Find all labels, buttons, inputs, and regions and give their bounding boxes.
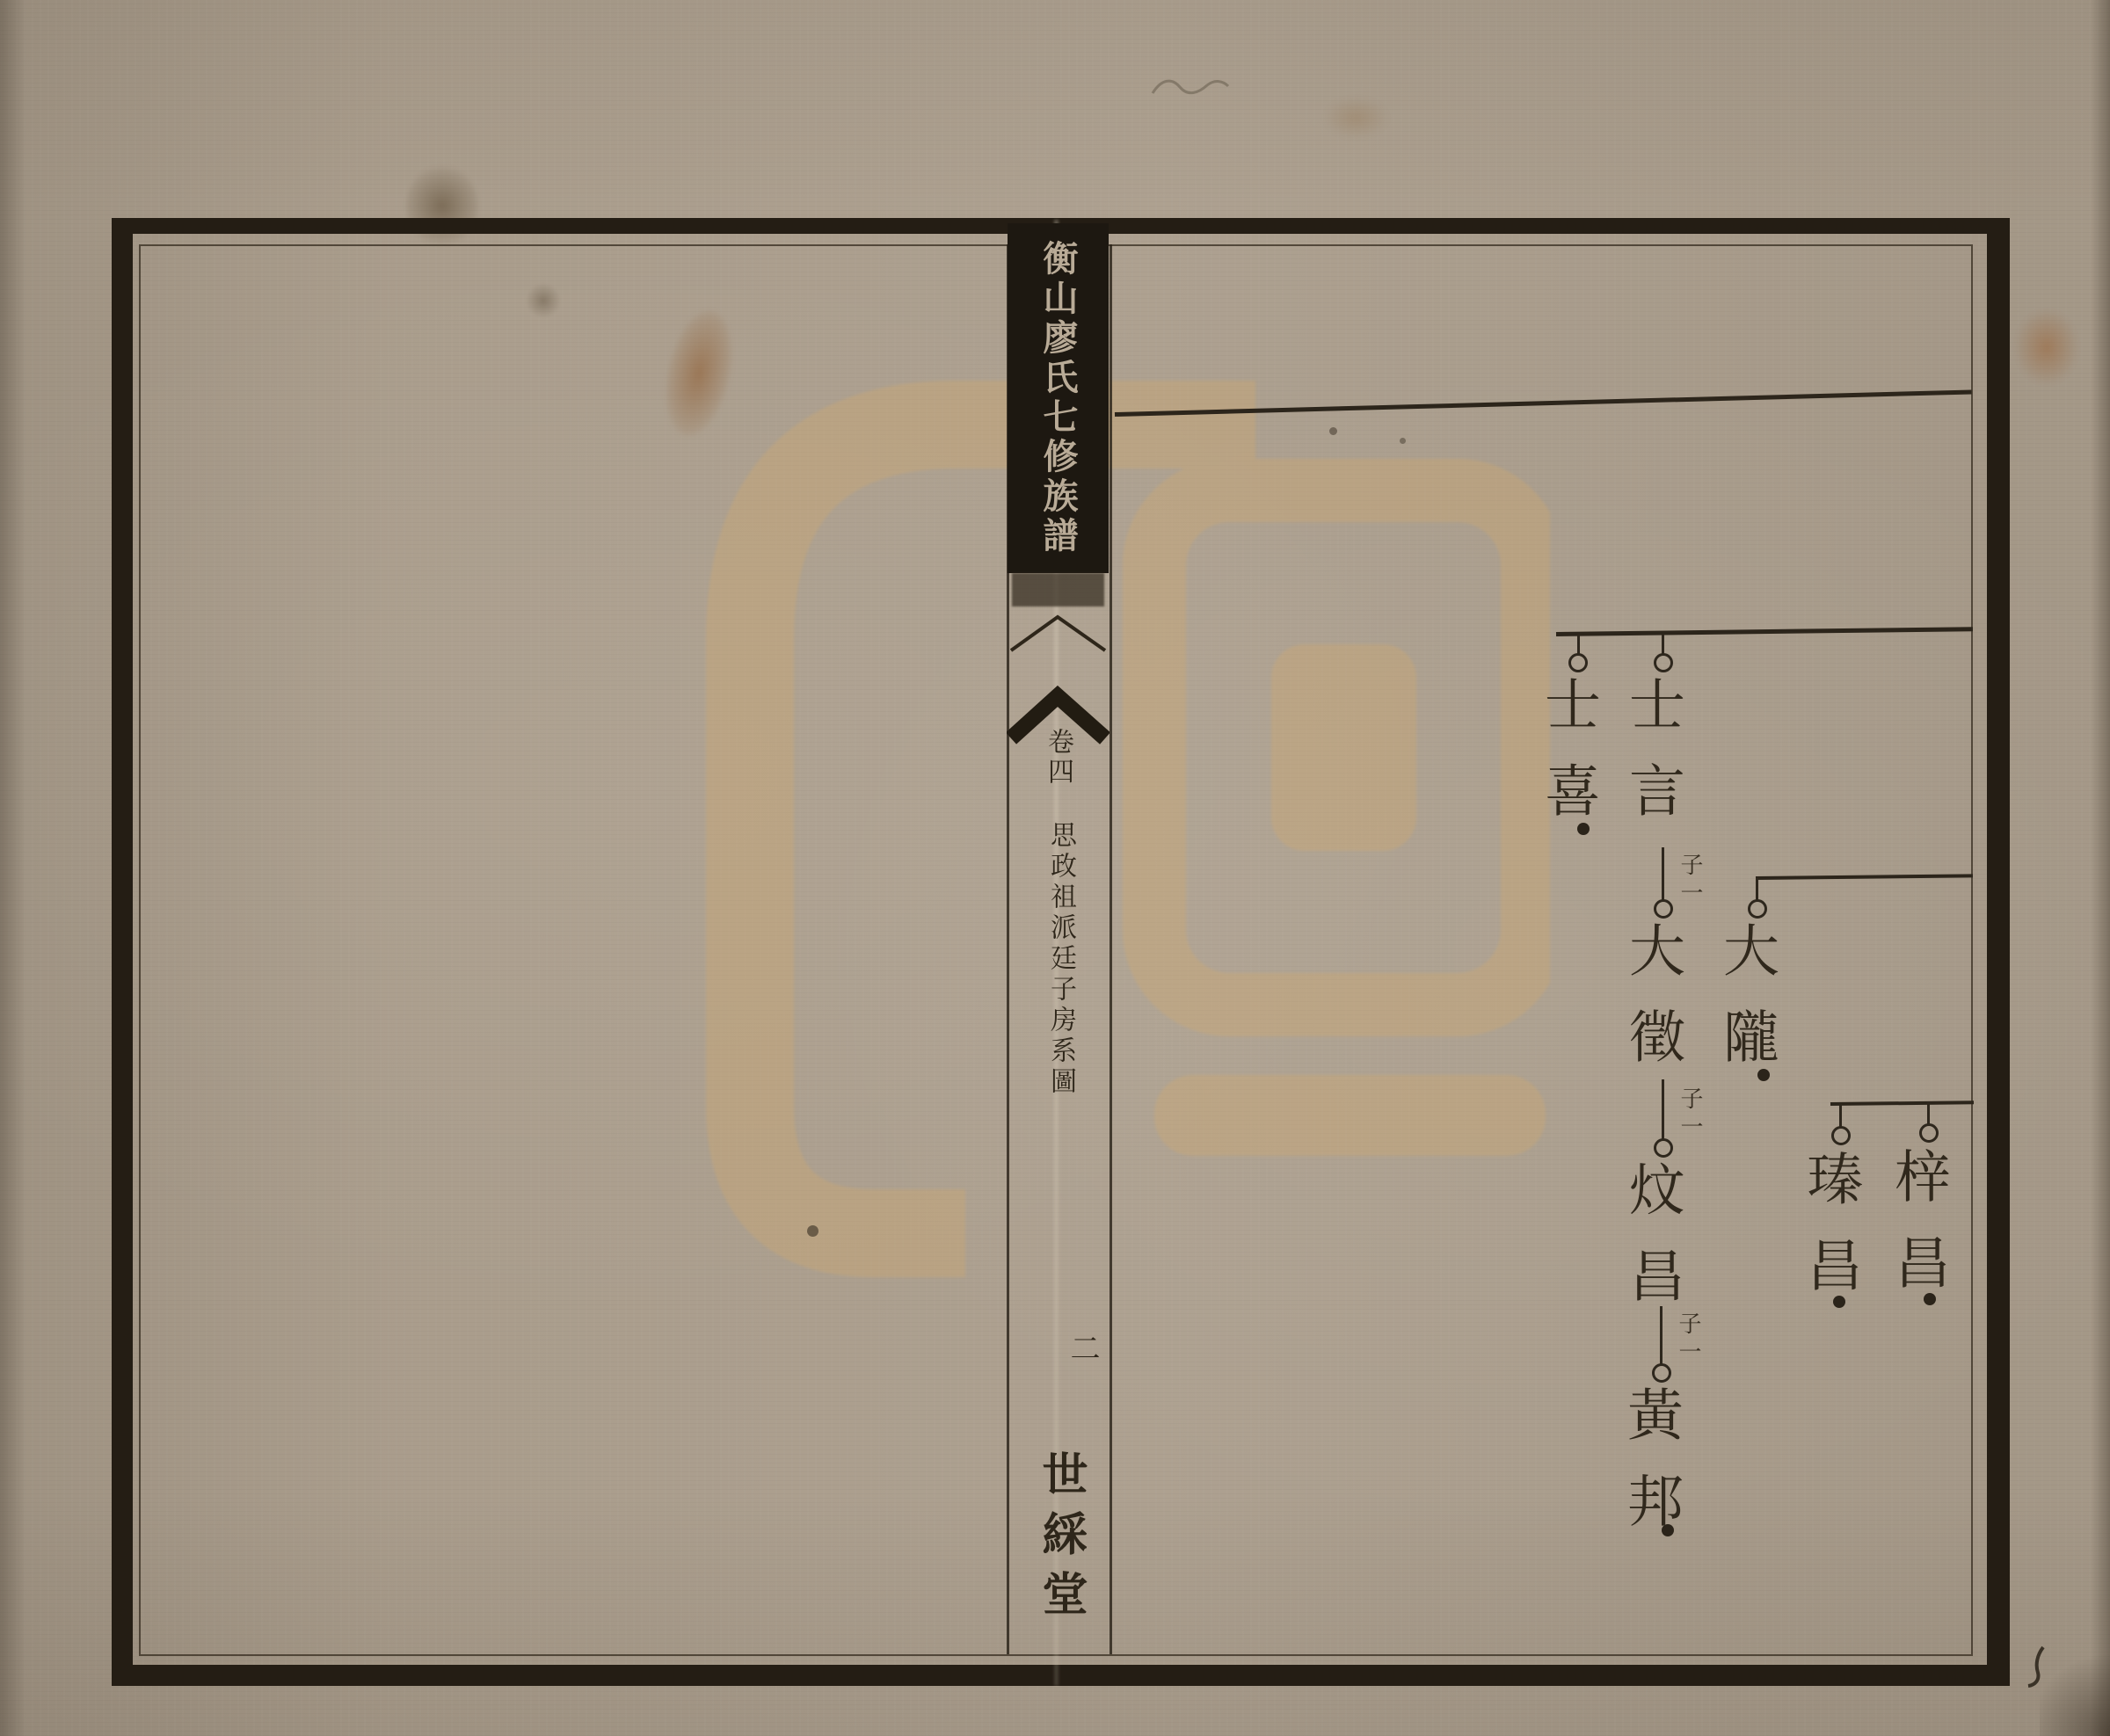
person-name-wenchang: 炆昌 — [1634, 1160, 1692, 1333]
sons-annotation: 子一 — [1672, 1311, 1705, 1368]
end-dot — [1577, 823, 1590, 835]
volume-label: 卷四 — [1038, 728, 1077, 788]
person-name-shiyan: 士言 — [1634, 675, 1692, 847]
person-name-dalong: 大隴 — [1728, 921, 1786, 1093]
descent-line — [1662, 847, 1664, 900]
spine-column-right-line — [1110, 244, 1112, 1654]
sons-annotation: 子一 — [1674, 853, 1706, 909]
person-name-dazheng: 大徵 — [1634, 921, 1692, 1093]
person-circle — [1831, 1126, 1851, 1145]
person-circle — [1654, 1138, 1673, 1158]
person-name-shixi: 士喜 — [1550, 675, 1608, 847]
page-number: 二 — [1060, 1333, 1103, 1362]
descent-line — [1660, 1306, 1663, 1364]
end-dot — [1662, 1524, 1674, 1536]
end-dot — [1757, 1069, 1770, 1081]
page-right-edge-shadow — [2091, 0, 2110, 1736]
person-circle — [1919, 1123, 1939, 1143]
chapter-label: 思政祖派廷子房系圖 — [1041, 821, 1080, 1098]
descent-line — [1662, 1079, 1664, 1139]
descent-stem — [1839, 1104, 1842, 1128]
hall-name: 世綵堂 — [1027, 1450, 1093, 1630]
page-corner-shadow — [2040, 1631, 2110, 1736]
person-circle — [1568, 653, 1588, 672]
person-circle — [1654, 653, 1673, 672]
paper-stain — [1323, 97, 1389, 139]
descent-stem — [1756, 878, 1758, 901]
person-circle — [1654, 899, 1673, 919]
descent-stem — [1927, 1101, 1930, 1125]
person-circle — [1652, 1363, 1671, 1383]
paper-stain — [2015, 309, 2078, 385]
person-circle — [1748, 899, 1767, 919]
spine-ink-band — [1012, 573, 1104, 607]
descent-stem — [1662, 635, 1664, 654]
end-dot — [1924, 1293, 1936, 1305]
end-dot — [1833, 1296, 1845, 1308]
sons-annotation: 子一 — [1674, 1086, 1706, 1143]
scanned-genealogy-page: 衡山廖氏七修族譜 卷四 思政祖派廷子房系圖 二 世綵堂 士喜 士言 子一 大徵 … — [0, 0, 2110, 1736]
spine-title-cartouche: 衡山廖氏七修族譜 — [1008, 223, 1109, 573]
descent-stem — [1577, 635, 1580, 654]
pencil-scribble — [1147, 70, 1244, 110]
page-left-edge-shadow — [0, 0, 26, 1736]
book-title: 衡山廖氏七修族譜 — [1033, 240, 1083, 556]
